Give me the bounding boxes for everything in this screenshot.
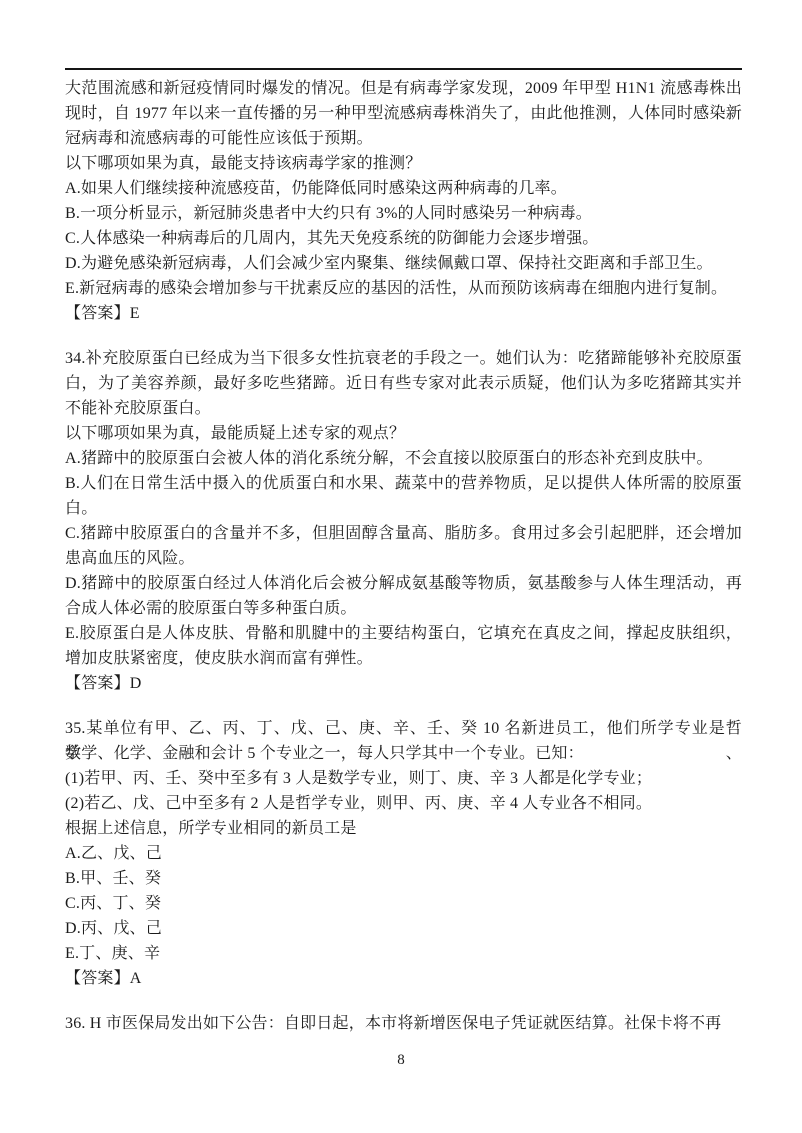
- q34-answer-line: 【答案】D: [65, 671, 742, 696]
- blank-line: [65, 991, 742, 1011]
- q33-option-e-line: E.新冠病毒的感染会增加参与干扰素反应的基因的活性，从而预防该病毒在细胞内进行复…: [65, 276, 742, 301]
- q33-option-a-line: A.如果人们继续接种流感疫苗，仍能降低同时感染这两种病毒的几率。: [65, 176, 742, 201]
- q35-option-a-line: A.乙、戊、己: [65, 841, 742, 866]
- q33-option-b-line: B.一项分析显示，新冠肺炎患者中大约只有 3%的人同时感染另一种病毒。: [65, 201, 742, 226]
- q34-option-a-line: A.猪蹄中的胶原蛋白会被人体的消化系统分解，不会直接以胶原蛋白的形态补充到皮肤中…: [65, 446, 742, 471]
- q33-stem-continuation-line: 大范围流感和新冠疫情同时爆发的情况。但是有病毒学家发现，2009 年甲型 H1N…: [65, 76, 742, 101]
- q34-stem-line: 不能补充胶原蛋白。: [65, 396, 742, 421]
- q36-stem-line: 36. H 市医保局发出如下公告：自即日起，本市将新增医保电子凭证就医结算。社保…: [65, 1011, 742, 1036]
- q35-answer-line: 【答案】A: [65, 966, 742, 991]
- q34-stem-line: 34.补充胶原蛋白已经成为当下很多女性抗衰老的手段之一。她们认为：吃猪蹄能够补充…: [65, 346, 742, 371]
- q35-option-b-line: B.甲、壬、癸: [65, 866, 742, 891]
- q35-prompt-line: 根据上述信息，所学专业相同的新员工是: [65, 816, 742, 841]
- q35-option-e-line: E.丁、庚、辛: [65, 941, 742, 966]
- q34-option-d-line: D.猪蹄中的胶原蛋白经过人体消化后会被分解成氨基酸等物质，氨基酸参与人体生理活动…: [65, 571, 742, 596]
- page-number: 8: [0, 1048, 802, 1073]
- top-divider: [65, 68, 742, 70]
- q34-option-d-line: 合成人体必需的胶原蛋白等多种蛋白质。: [65, 596, 742, 621]
- q34-stem-line: 白，为了美容养颜，最好多吃些猪蹄。近日有些专家对此表示质疑，他们认为多吃猪蹄其实…: [65, 371, 742, 396]
- q34-prompt-line: 以下哪项如果为真，最能质疑上述专家的观点？: [65, 421, 742, 446]
- q34-option-e-line: E.胶原蛋白是人体皮肤、骨骼和肌腱中的主要结构蛋白，它填充在真皮之间，撑起皮肤组…: [65, 621, 742, 646]
- q34-option-e-line: 增加皮肤紧密度，使皮肤水润而富有弹性。: [65, 646, 742, 671]
- q35-condition-2-line: (2)若乙、戊、己中至多有 2 人是哲学专业，则甲、丙、庚、辛 4 人专业各不相…: [65, 791, 742, 816]
- q34-option-b-line: 白。: [65, 496, 742, 521]
- q34-option-c-line: 患高血压的风险。: [65, 546, 742, 571]
- q33-stem-continuation-line: 现时，自 1977 年以来一直传播的另一种甲型流感病毒株消失了，由此他推测，人体…: [65, 101, 742, 126]
- q34-option-c-line: C.猪蹄中胶原蛋白的含量并不多，但胆固醇含量高、脂肪多。食用过多会引起肥胖，还会…: [65, 521, 742, 546]
- q35-condition-1-line: (1)若甲、丙、壬、癸中至多有 3 人是数学专业，则丁、庚、辛 3 人都是化学专…: [65, 766, 742, 791]
- q33-stem-continuation-line: 冠病毒和流感病毒的可能性应该低于预期。: [65, 126, 742, 151]
- q33-prompt-line: 以下哪项如果为真，最能支持该病毒学家的推测？: [65, 151, 742, 176]
- q35-option-d-line: D.丙、戊、己: [65, 916, 742, 941]
- q33-answer-line: 【答案】E: [65, 301, 742, 326]
- q34-option-b-line: B.人们在日常生活中摄入的优质蛋白和水果、蔬菜中的营养物质，足以提供人体所需的胶…: [65, 471, 742, 496]
- document-page: 大范围流感和新冠疫情同时爆发的情况。但是有病毒学家发现，2009 年甲型 H1N…: [0, 0, 802, 1133]
- q33-option-d-line: D.为避免感染新冠病毒，人们会减少室内聚集、继续佩戴口罩、保持社交距离和手部卫生…: [65, 251, 742, 276]
- text-content: 大范围流感和新冠疫情同时爆发的情况。但是有病毒学家发现，2009 年甲型 H1N…: [65, 68, 742, 1036]
- blank-line: [65, 696, 742, 716]
- q35-stem-line: 35.某单位有甲、乙、丙、丁、戊、己、庚、辛、壬、癸 10 名新进员工，他们所学…: [65, 716, 742, 741]
- q33-option-c-line: C.人体感染一种病毒后的几周内，其先天免疫系统的防御能力会逐步增强。: [65, 226, 742, 251]
- q35-option-c-line: C.丙、丁、癸: [65, 891, 742, 916]
- blank-line: [65, 326, 742, 346]
